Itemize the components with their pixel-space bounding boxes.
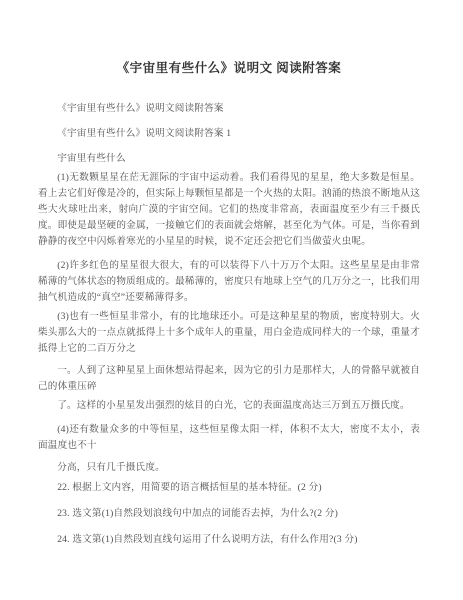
article-paragraph-3-continuation-2: 了。这样的小星星发出强烈的炫目的白光，它的表面温度高达三万到五万摄氏度。 (38, 398, 420, 414)
question-23: 23. 选文第(1)自然段划浪线句中加点的词能否去掉，为什么?(2 分) (38, 506, 420, 522)
article-paragraph-2: (2)许多红色的星星很大很大，有的可以装得下八十万万个太阳。这些星星是由非常稀薄… (38, 258, 420, 306)
article-paragraph-4-continuation: 分高，只有几千摄氏度。 (38, 460, 420, 476)
question-22: 22. 根据上文内容，用简要的语言概括恒星的基本特征。(2 分) (38, 480, 420, 496)
article-paragraph-1: (1)无数颗星星在茫无涯际的宇宙中运动着。我们看得见的星星，绝大多数是恒星。看上… (38, 170, 420, 250)
article-paragraph-4: (4)还有数量众多的中等恒星，这些恒星像太阳一样，体积不太大，密度不太小，表面温… (38, 422, 420, 454)
subtitle-line-1: 《宇宙里有些什么》说明文阅读附答案 (38, 101, 420, 117)
article-paragraph-3: (3)也有一些恒星非常小，有的比地球还小。可是这种星星的物质，密度特别大。火柴头… (38, 309, 420, 357)
document-page: 《宇宙里有些什么》说明文 阅读附答案 《宇宙里有些什么》说明文阅读附答案 《宇宙… (0, 0, 463, 600)
question-24: 24. 选文第(1)自然段划直线句运用了什么说明方法，有什么作用?(3 分) (38, 532, 420, 548)
page-title: 《宇宙里有些什么》说明文 阅读附答案 (38, 60, 420, 76)
subtitle-line-2: 《宇宙里有些什么》说明文阅读附答案 1 (38, 126, 420, 142)
article-paragraph-3-continuation-1: 一。人到了这种星星上面休想站得起来，因为它的引力是那样大，人的骨骼早就被自己的体… (38, 363, 420, 395)
article-heading: 宇宙里有些什么 (38, 151, 420, 167)
